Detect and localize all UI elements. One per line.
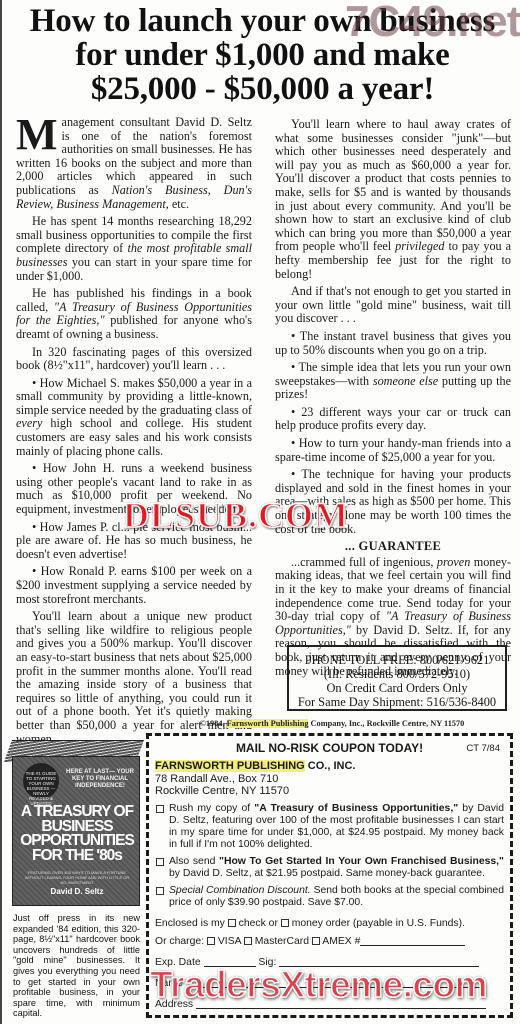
left-column: Management consultant David D. Seltz is … [16,116,252,750]
option-franchised[interactable]: Also send "How To Get Started In Your Ow… [155,856,504,880]
cover-badge: THE #1 GUIDE TO STARTING YOUR OWN BUSINE… [23,763,59,799]
amex-checkbox[interactable] [312,937,320,945]
mastercard-checkbox[interactable] [244,937,252,945]
checkbox-icon[interactable] [156,805,164,813]
phone-order-box: PHONE TOLL FREE: 800/621-9621 (Ill. Resi… [287,645,507,711]
cover-tagline: HERE AT LAST— YOUR KEY TO FINANCIAL INDE… [65,769,135,790]
research-paragraph: He has spent 14 months researching 18,29… [16,215,252,283]
intro-paragraph: Management consultant David D. Seltz is … [16,116,252,211]
cover-title: A TREASURY OF BUSINESS OPPORTUNITIES FOR… [15,805,139,863]
checkbox-icon[interactable] [156,858,164,866]
headline-line-3: $25,000 - $50,000 a year! [91,71,434,107]
name-row: Name [155,978,504,990]
cover-subtitle: FEATURING OVER 400 WAYS TO MAKE A FORTUN… [23,870,131,885]
exp-date-field[interactable] [204,957,256,967]
signature-field[interactable] [279,957,479,967]
gold-mine-paragraph: And if that's not enough to get you star… [275,285,511,326]
book-cover: THE #1 GUIDE TO STARTING YOUR OWN BUSINE… [12,756,140,906]
bullet-ronald: • How Ronald P. earns $100 per week on a… [16,565,252,606]
exp-sig-row: Exp. Date Sig: [155,957,504,969]
drop-cap: M [16,117,58,153]
guarantee-heading: ... GUARANTEE [275,540,511,554]
bullet-james: • How James P. cl... ple service most bu… [16,521,252,562]
publisher-highlight: Farnsworth Publishing [227,719,309,728]
bullet-travel: • The instant travel business that gives… [275,330,511,357]
card-number-field[interactable] [360,936,465,946]
check-checkbox[interactable] [228,919,236,927]
bullet-john: • How John H. runs a weekend business us… [16,462,252,516]
bullet-handyman: • How to turn your handy-man friends int… [275,437,511,464]
toll-free-number: PHONE TOLL FREE: 800/621-9621 [289,653,505,667]
option-combination[interactable]: Special Combination Discount. Send both … [155,885,504,909]
copyright-line: ©1984, Farnsworth Publishing Company, In… [142,719,520,728]
credit-card-note: On Credit Card Orders Only [289,681,505,695]
bullet-michael: • How Michael S. makes $50,000 a year in… [16,377,252,459]
junk-paragraph: You'll learn where to haul away crates o… [275,118,511,281]
address-row: Address [155,999,504,1011]
bullet-car: • 23 different ways your car or truck ca… [275,406,511,433]
same-day-number: For Same Day Shipment: 516/536-8400 [289,695,505,709]
illinois-number: (Ill. Residents 800/572-9510) [289,667,505,681]
company-highlight: FARNSWORTH PUBLISHING [155,760,305,772]
checkbox-icon[interactable] [156,887,164,895]
name-field[interactable] [186,978,486,988]
option-treasury[interactable]: Rush my copy of "A Treasury of Business … [155,803,504,851]
cover-author: David D. Seltz [13,887,141,896]
book-blurb: Just off press in its new expanded '84 e… [13,913,140,1019]
book-cover-image: THE #1 GUIDE TO STARTING YOUR OWN BUSINE… [8,740,140,900]
bullet-homes: • The technique for having your products… [275,468,511,536]
address-field[interactable] [196,999,486,1009]
visa-checkbox[interactable] [207,937,215,945]
right-column: You'll learn where to haul away crates o… [275,118,511,682]
bullet-sweepstakes: • The simple idea that lets you run your… [275,361,511,402]
book-paragraph: He has published his findings in a book … [16,287,252,341]
money-order-checkbox[interactable] [281,919,289,927]
headline-line-1: How to launch your own business [30,3,495,39]
payment-method-row: Enclosed is my check or money order (pay… [155,918,504,930]
publisher-address: FARNSWORTH PUBLISHING CO., INC. 78 Randa… [155,760,504,798]
coupon-code: CT 7/84 [466,743,500,755]
coupon-title: MAIL NO-RISK COUPON TODAY! CT 7/84 [155,742,504,754]
advertisement-page: How to launch your own business for unde… [0,0,520,1024]
charge-row: Or charge: VISA MasterCard AMEX # [155,936,504,948]
headline: How to launch your own business for unde… [10,4,515,106]
headline-line-2: for under $1,000 and make [75,37,449,73]
pages-paragraph: In 320 fascinating pages of this oversiz… [16,346,252,373]
order-coupon: MAIL NO-RISK COUPON TODAY! CT 7/84 FARNS… [146,733,513,1018]
